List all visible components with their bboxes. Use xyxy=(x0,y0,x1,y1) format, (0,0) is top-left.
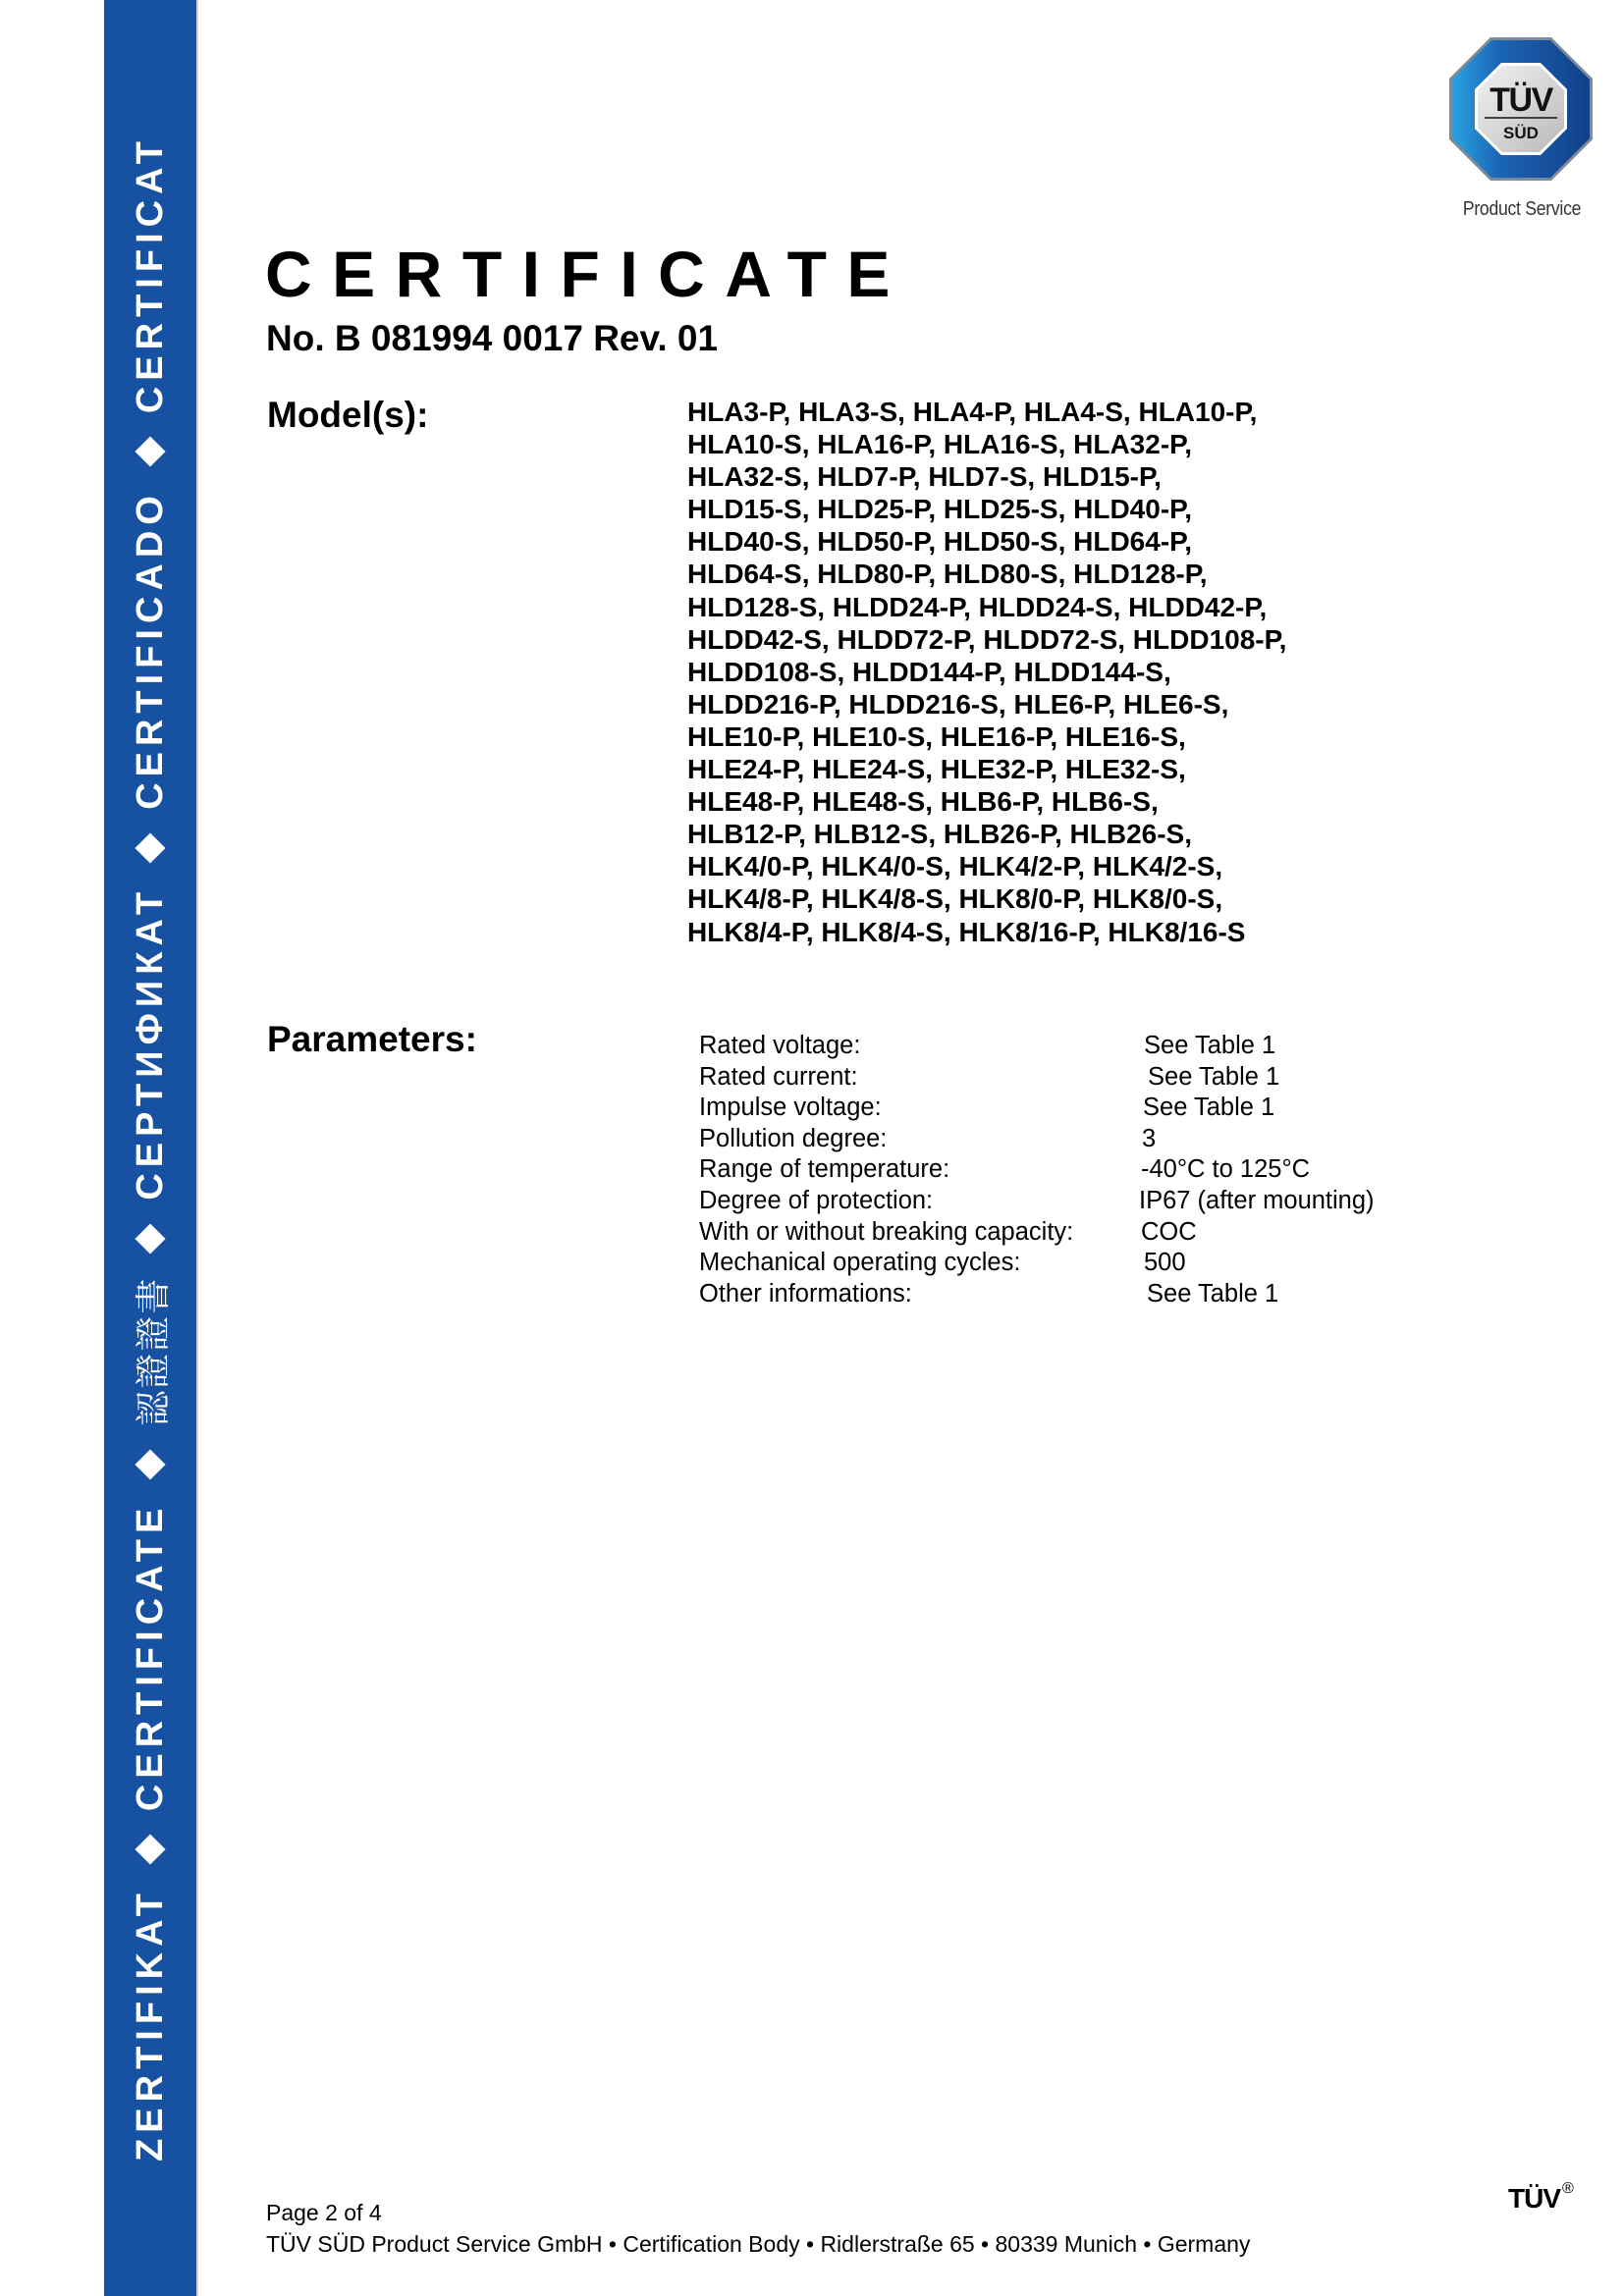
parameter-value: See Table 1 xyxy=(1143,1093,1274,1124)
sidebar-label-spanish: CERTIFICADO xyxy=(130,490,172,810)
parameter-label: Pollution degree: xyxy=(699,1124,887,1155)
footer-organization: TÜV SÜD Product Service GmbH • Certifica… xyxy=(266,2233,1250,2256)
parameter-value: See Table 1 xyxy=(1147,1279,1278,1310)
tuv-mark-text: TÜV xyxy=(1508,2183,1560,2214)
registered-icon: ® xyxy=(1562,2180,1573,2197)
logo-caption: Product Service xyxy=(1453,198,1592,221)
parameters-label: Parameters: xyxy=(267,1021,477,1057)
parameter-value: See Table 1 xyxy=(1148,1062,1279,1094)
parameter-value: COC xyxy=(1141,1217,1197,1249)
model-line: HLD64-S, HLD80-P, HLD80-S, HLD128-P, xyxy=(687,558,1286,590)
sidebar-label-french: CERTIFICAT xyxy=(130,135,172,413)
model-line: HLB12-P, HLB12-S, HLB26-P, HLB26-S, xyxy=(687,818,1286,850)
model-line: HLE24-P, HLE24-S, HLE32-P, HLE32-S, xyxy=(687,753,1286,785)
diamond-icon xyxy=(135,437,165,467)
svg-text:TÜV: TÜV xyxy=(1489,81,1553,119)
parameter-label: Rated current: xyxy=(699,1062,858,1094)
diamond-icon xyxy=(135,832,165,863)
model-line: HLA32-S, HLD7-P, HLD7-S, HLD15-P, xyxy=(687,460,1286,493)
model-line: HLE48-P, HLE48-S, HLB6-P, HLB6-S, xyxy=(687,785,1286,818)
parameter-label: Mechanical operating cycles: xyxy=(699,1248,1020,1279)
certificate-number: No. B 081994 0017 Rev. 01 xyxy=(266,320,718,356)
model-line: HLDD108-S, HLDD144-P, HLDD144-S, xyxy=(687,656,1286,688)
sidebar-label-russian: СЕРТИФИКАТ xyxy=(130,886,172,1201)
parameter-value: 500 xyxy=(1144,1248,1186,1279)
sidebar-label-chinese: 認證證書 xyxy=(126,1277,176,1426)
parameter-value: -40°C to 125°C xyxy=(1141,1154,1310,1186)
parameter-label: With or without breaking capacity: xyxy=(699,1217,1073,1249)
svg-text:SÜD: SÜD xyxy=(1503,124,1539,142)
sidebar-stripe-edge xyxy=(196,0,198,2296)
parameter-value: See Table 1 xyxy=(1144,1031,1275,1062)
diamond-icon xyxy=(135,1223,165,1254)
model-line: HLDD42-S, HLDD72-P, HLDD72-S, HLDD108-P, xyxy=(687,623,1286,656)
diamond-icon xyxy=(135,1835,165,1865)
model-line: HLDD216-P, HLDD216-S, HLE6-P, HLE6-S, xyxy=(687,688,1286,721)
sidebar-label-german: ZERTIFIKAT xyxy=(130,1888,172,2162)
models-label: Model(s): xyxy=(267,397,428,433)
parameter-label: Rated voltage: xyxy=(699,1031,860,1062)
sidebar-multilingual-label: ZERTIFIKAT CERTIFICATE 認證證書 СЕРТИФИКАТ C… xyxy=(121,69,180,2228)
model-line: HLK4/8-P, HLK4/8-S, HLK8/0-P, HLK8/0-S, xyxy=(687,882,1286,915)
model-line: HLD40-S, HLD50-P, HLD50-S, HLD64-P, xyxy=(687,525,1286,558)
page-number: Page 2 of 4 xyxy=(266,2202,382,2224)
diamond-icon xyxy=(135,1449,165,1479)
model-line: HLK4/0-P, HLK4/0-S, HLK4/2-P, HLK4/2-S, xyxy=(687,850,1286,882)
parameter-label: Range of temperature: xyxy=(699,1154,949,1186)
model-line: HLD15-S, HLD25-P, HLD25-S, HLD40-P, xyxy=(687,493,1286,525)
parameter-value: 3 xyxy=(1142,1124,1156,1155)
certificate-title: CERTIFICATE xyxy=(265,241,910,306)
parameter-label: Impulse voltage: xyxy=(699,1093,882,1124)
parameter-value: IP67 (after mounting) xyxy=(1139,1186,1375,1217)
tuv-sud-logo: TÜV SÜD xyxy=(1447,35,1595,183)
models-list: HLA3-P, HLA3-S, HLA4-P, HLA4-S, HLA10-P,… xyxy=(687,396,1286,948)
model-line: HLA3-P, HLA3-S, HLA4-P, HLA4-S, HLA10-P, xyxy=(687,396,1286,428)
model-line: HLE10-P, HLE10-S, HLE16-P, HLE16-S, xyxy=(687,721,1286,753)
sidebar-label-english: CERTIFICATE xyxy=(130,1503,172,1811)
parameter-label: Other informations: xyxy=(699,1279,912,1310)
model-line: HLA10-S, HLA16-P, HLA16-S, HLA32-P, xyxy=(687,428,1286,460)
tuv-trademark: TÜV® xyxy=(1508,2185,1573,2213)
model-line: HLD128-S, HLDD24-P, HLDD24-S, HLDD42-P, xyxy=(687,591,1286,623)
model-line: HLK8/4-P, HLK8/4-S, HLK8/16-P, HLK8/16-S xyxy=(687,916,1286,948)
parameter-label: Degree of protection: xyxy=(699,1186,933,1217)
